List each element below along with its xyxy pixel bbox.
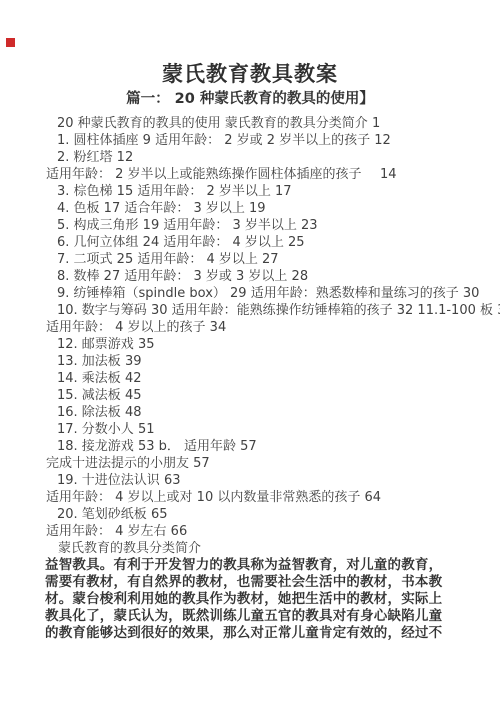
toc-section-heading: 蒙氏教育的教具分类简介 bbox=[0, 540, 500, 557]
table-of-contents: 20 种蒙氏教育的教具的使用 蒙氏教育的教具分类简介 1 1. 圆柱体插座 9 … bbox=[0, 115, 500, 557]
intro-paragraph: 益智教具。有利于开发智力的教具称为益智教育，对儿童的教育， 需要有教材，有自然界… bbox=[0, 557, 500, 642]
toc-line: 适用年龄： 4 岁以上的孩子 34 bbox=[0, 319, 500, 336]
toc-line: 17. 分数小人 51 bbox=[0, 421, 500, 438]
intro-line: 材。蒙台梭利利用她的教具作为教材，她把生活中的教材，实际上 bbox=[0, 591, 500, 608]
intro-line: 的教育能够达到很好的效果，那么对正常儿童肯定有效的，经过不 bbox=[0, 625, 500, 642]
toc-line: 2. 粉红塔 12 bbox=[0, 149, 500, 166]
toc-line-text: 适用年龄： 2 岁半以上或能熟练操作圆柱体插座的孩子 bbox=[46, 167, 362, 182]
toc-line: 20 种蒙氏教育的教具的使用 蒙氏教育的教具分类简介 1 bbox=[0, 115, 500, 132]
intro-line: 教具化了，蒙氏认为，既然训练儿童五官的教具对有身心缺陷儿童 bbox=[0, 608, 500, 625]
toc-line: 5. 构成三角形 19 适用年龄： 3 岁半以上 23 bbox=[0, 217, 500, 234]
page-number-right: 14 bbox=[380, 166, 397, 183]
toc-line: 13. 加法板 39 bbox=[0, 353, 500, 370]
toc-line: 12. 邮票游戏 35 bbox=[0, 336, 500, 353]
toc-line: 19. 十进位法认识 63 bbox=[0, 472, 500, 489]
toc-line: 1. 圆柱体插座 9 适用年龄： 2 岁或 2 岁半以上的孩子 12 bbox=[0, 132, 500, 149]
toc-line: 6. 几何立体组 24 适用年龄： 4 岁以上 25 bbox=[0, 234, 500, 251]
intro-line: 需要有教材，有自然界的教材，也需要社会生活中的教材，书本教 bbox=[0, 574, 500, 591]
toc-line: 18. 接龙游戏 53 b． 适用年龄 57 bbox=[0, 438, 500, 455]
toc-line: 适用年龄： 4 岁以上或对 10 以内数量非常熟悉的孩子 64 bbox=[0, 489, 500, 506]
toc-line: 适用年龄： 4 岁左右 66 bbox=[0, 523, 500, 540]
toc-line: 4. 色板 17 适合年龄： 3 岁以上 19 bbox=[0, 200, 500, 217]
toc-line: 20. 笔划砂纸板 65 bbox=[0, 506, 500, 523]
intro-line: 益智教具。有利于开发智力的教具称为益智教育，对儿童的教育， bbox=[0, 557, 500, 574]
toc-line: 16. 除法板 48 bbox=[0, 404, 500, 421]
toc-line: 适用年龄： 2 岁半以上或能熟练操作圆柱体插座的孩子 14 bbox=[0, 166, 500, 183]
page-title: 蒙氏教育教具教案 bbox=[0, 58, 500, 88]
toc-line: 7. 二项式 25 适用年龄： 4 岁以上 27 bbox=[0, 251, 500, 268]
toc-line: 15. 减法板 45 bbox=[0, 387, 500, 404]
page-subtitle: 篇一： 20 种蒙氏教育的教具的使用】 bbox=[0, 87, 500, 108]
toc-line: 10. 数字与筹码 30 适用年龄：能熟练操作纺锤棒箱的孩子 32 11.1-1… bbox=[0, 302, 500, 319]
toc-line: 3. 棕色梯 15 适用年龄： 2 岁半以上 17 bbox=[0, 183, 500, 200]
toc-line: 完成十进法提示的小朋友 57 bbox=[0, 455, 500, 472]
toc-line: 8. 数棒 27 适用年龄： 3 岁或 3 岁以上 28 bbox=[0, 268, 500, 285]
toc-line: 9. 纺锤棒箱（spindle box） 29 适用年龄：熟悉数棒和量练习的孩子… bbox=[0, 285, 500, 302]
red-marker-icon bbox=[6, 38, 15, 47]
toc-line: 14. 乘法板 42 bbox=[0, 370, 500, 387]
document-page: 蒙氏教育教具教案 篇一： 20 种蒙氏教育的教具的使用】 20 种蒙氏教育的教具… bbox=[0, 0, 500, 708]
